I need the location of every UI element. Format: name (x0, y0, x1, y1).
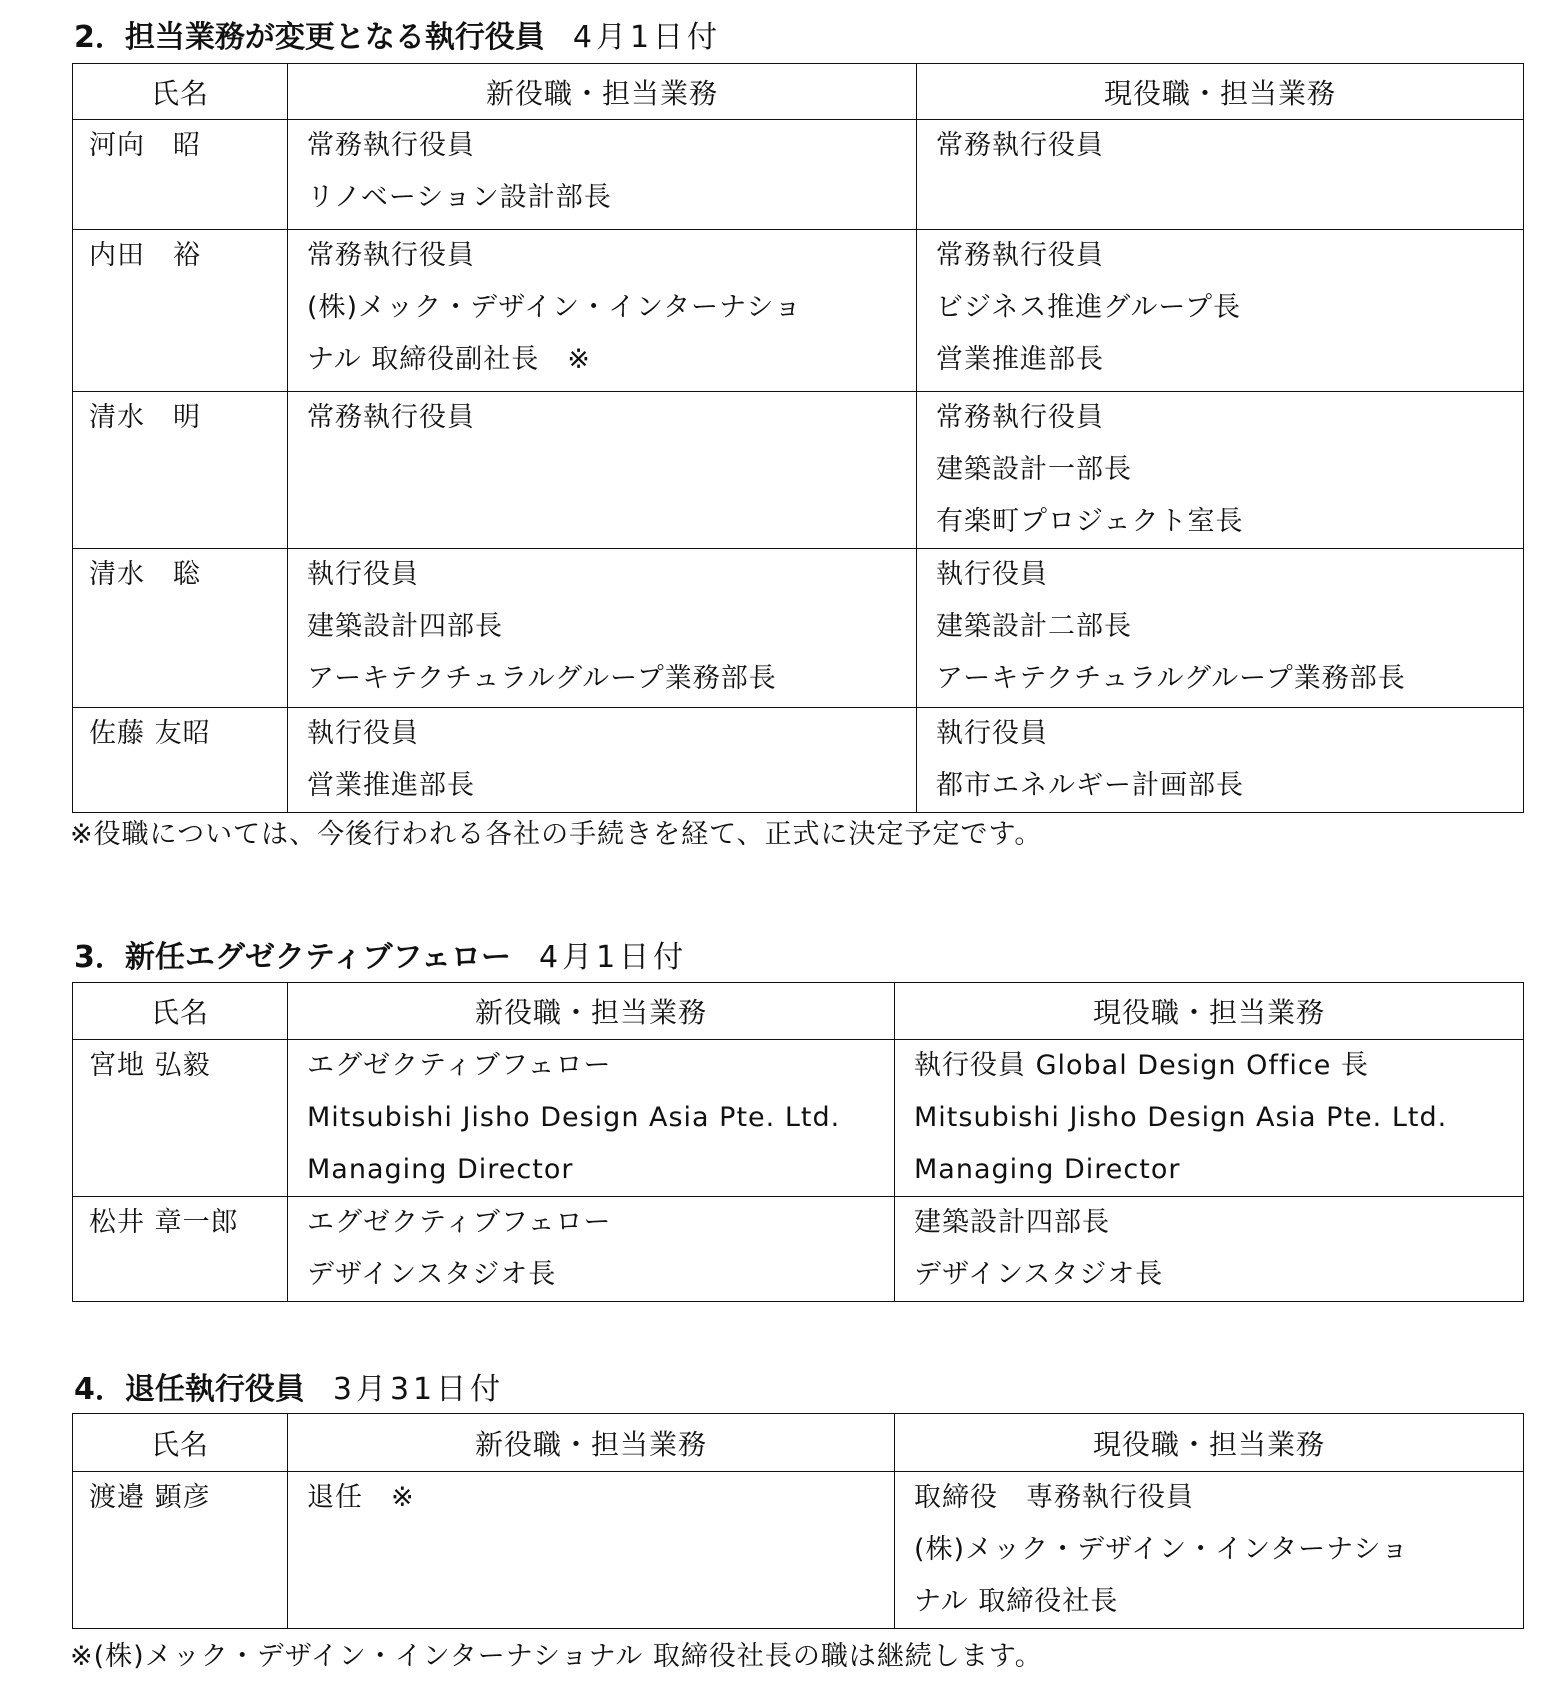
column-header-current-role: 現役職・担当業務 (895, 1414, 1524, 1472)
new-role-line: Managing Director (307, 1144, 894, 1196)
current-role-line: 都市エネルギー計画部長 (936, 760, 1523, 812)
person-name: 渡邉 顕彦 (89, 1472, 287, 1524)
section-4-date: 3月31日付 (333, 1372, 504, 1407)
column-header-name: 氏名 (73, 983, 288, 1040)
table-row: 清水 聡 執行役員建築設計四部長アーキテクチュラルグループ業務部長 執行役員建築… (73, 549, 1524, 708)
new-role-line: リノベーション設計部長 (307, 172, 916, 224)
section-2-table: 氏名 新役職・担当業務 現役職・担当業務 河向 昭 常務執行役員リノベーション設… (72, 63, 1524, 813)
new-role-line: 執行役員 (307, 708, 916, 760)
table-row: 宮地 弘毅 エグゼクティブフェローMitsubishi Jisho Design… (73, 1040, 1524, 1197)
new-role-line: エグゼクティブフェロー (307, 1197, 894, 1249)
current-role-line: Mitsubishi Jisho Design Asia Pte. Ltd. (914, 1092, 1523, 1144)
section-2-note: ※役職については、今後行われる各社の手続きを経て、正式に決定予定です。 (70, 815, 1042, 855)
current-role-line: 有楽町プロジェクト室長 (936, 496, 1523, 548)
current-role-line: ナル 取締役社長 (914, 1576, 1523, 1628)
section-2-heading: 2．担当業務が変更となる執行役員4月1日付 (74, 18, 721, 58)
person-name: 内田 裕 (89, 230, 287, 282)
table-row: 渡邉 顕彦 退任 ※ 取締役 専務執行役員(株)メック・デザイン・インターナショ… (73, 1472, 1524, 1629)
current-role-line: アーキテクチュラルグループ業務部長 (936, 653, 1523, 705)
table-row: 松井 章一郎 エグゼクティブフェローデザインスタジオ長 建築設計四部長デザインス… (73, 1197, 1524, 1302)
column-header-current-role: 現役職・担当業務 (917, 64, 1524, 120)
section-3-title: 3．新任エグゼクティブフェロー (74, 940, 511, 975)
new-role-line: 営業推進部長 (307, 760, 916, 812)
section-2-date: 4月1日付 (573, 20, 721, 55)
section-4-table: 氏名 新役職・担当業務 現役職・担当業務 渡邉 顕彦 退任 ※ 取締役 専務執行… (72, 1413, 1524, 1629)
table-row: 清水 明 常務執行役員 常務執行役員建築設計一部長有楽町プロジェクト室長 (73, 392, 1524, 549)
new-role-line: エグゼクティブフェロー (307, 1040, 894, 1092)
current-role-line: 執行役員 (936, 549, 1523, 601)
current-role-line: 執行役員 Global Design Office 長 (914, 1040, 1523, 1092)
table-header-row: 氏名 新役職・担当業務 現役職・担当業務 (73, 64, 1524, 120)
current-role-line: 常務執行役員 (936, 392, 1523, 444)
person-name: 清水 聡 (89, 549, 287, 601)
person-name: 宮地 弘毅 (89, 1040, 287, 1092)
current-role-line: 建築設計二部長 (936, 601, 1523, 653)
current-role-line: 建築設計一部長 (936, 444, 1523, 496)
table-row: 内田 裕 常務執行役員(株)メック・デザイン・インターナショナル 取締役副社長 … (73, 230, 1524, 392)
new-role-line: 建築設計四部長 (307, 601, 916, 653)
current-role-line: 執行役員 (936, 708, 1523, 760)
section-4-heading: 4．退任執行役員3月31日付 (74, 1370, 504, 1410)
new-role-line: ナル 取締役副社長 ※ (307, 334, 916, 386)
new-role-line: 執行役員 (307, 549, 916, 601)
current-role-line: (株)メック・デザイン・インターナショ (914, 1524, 1523, 1576)
section-4-title: 4．退任執行役員 (74, 1372, 305, 1407)
new-role-line: アーキテクチュラルグループ業務部長 (307, 653, 916, 705)
new-role-line: Mitsubishi Jisho Design Asia Pte. Ltd. (307, 1092, 894, 1144)
new-role-line: 常務執行役員 (307, 392, 916, 444)
person-name: 河向 昭 (89, 120, 287, 172)
table-row: 河向 昭 常務執行役員リノベーション設計部長 常務執行役員 (73, 120, 1524, 230)
new-role-line: 常務執行役員 (307, 230, 916, 282)
person-name: 松井 章一郎 (89, 1197, 287, 1249)
person-name: 佐藤 友昭 (89, 708, 287, 760)
current-role-line: Managing Director (914, 1144, 1523, 1196)
current-role-line: ビジネス推進グループ長 (936, 282, 1523, 334)
current-role-line: 営業推進部長 (936, 334, 1523, 386)
section-3-heading: 3．新任エグゼクティブフェロー4月1日付 (74, 938, 687, 978)
section-3-date: 4月1日付 (539, 940, 687, 975)
table-header-row: 氏名 新役職・担当業務 現役職・担当業務 (73, 983, 1524, 1040)
current-role-line: 建築設計四部長 (914, 1197, 1523, 1249)
section-2-title: 2．担当業務が変更となる執行役員 (74, 20, 545, 55)
column-header-new-role: 新役職・担当業務 (288, 1414, 895, 1472)
column-header-new-role: 新役職・担当業務 (288, 983, 895, 1040)
person-name: 清水 明 (89, 392, 287, 444)
column-header-name: 氏名 (73, 1414, 288, 1472)
new-role-line: デザインスタジオ長 (307, 1249, 894, 1301)
current-role-line: 常務執行役員 (936, 120, 1523, 172)
section-4-note: ※(株)メック・デザイン・インターナショナル 取締役社長の職は継続します。 (70, 1637, 1043, 1677)
new-role-line: 常務執行役員 (307, 120, 916, 172)
column-header-new-role: 新役職・担当業務 (288, 64, 917, 120)
table-header-row: 氏名 新役職・担当業務 現役職・担当業務 (73, 1414, 1524, 1472)
table-row: 佐藤 友昭 執行役員営業推進部長 執行役員都市エネルギー計画部長 (73, 708, 1524, 813)
new-role-line: 退任 ※ (307, 1472, 894, 1524)
new-role-line: (株)メック・デザイン・インターナショ (307, 282, 916, 334)
column-header-current-role: 現役職・担当業務 (895, 983, 1524, 1040)
section-3-table: 氏名 新役職・担当業務 現役職・担当業務 宮地 弘毅 エグゼクティブフェローMi… (72, 982, 1524, 1302)
current-role-line: デザインスタジオ長 (914, 1249, 1523, 1301)
current-role-line: 常務執行役員 (936, 230, 1523, 282)
current-role-line: 取締役 専務執行役員 (914, 1472, 1523, 1524)
column-header-name: 氏名 (73, 64, 288, 120)
